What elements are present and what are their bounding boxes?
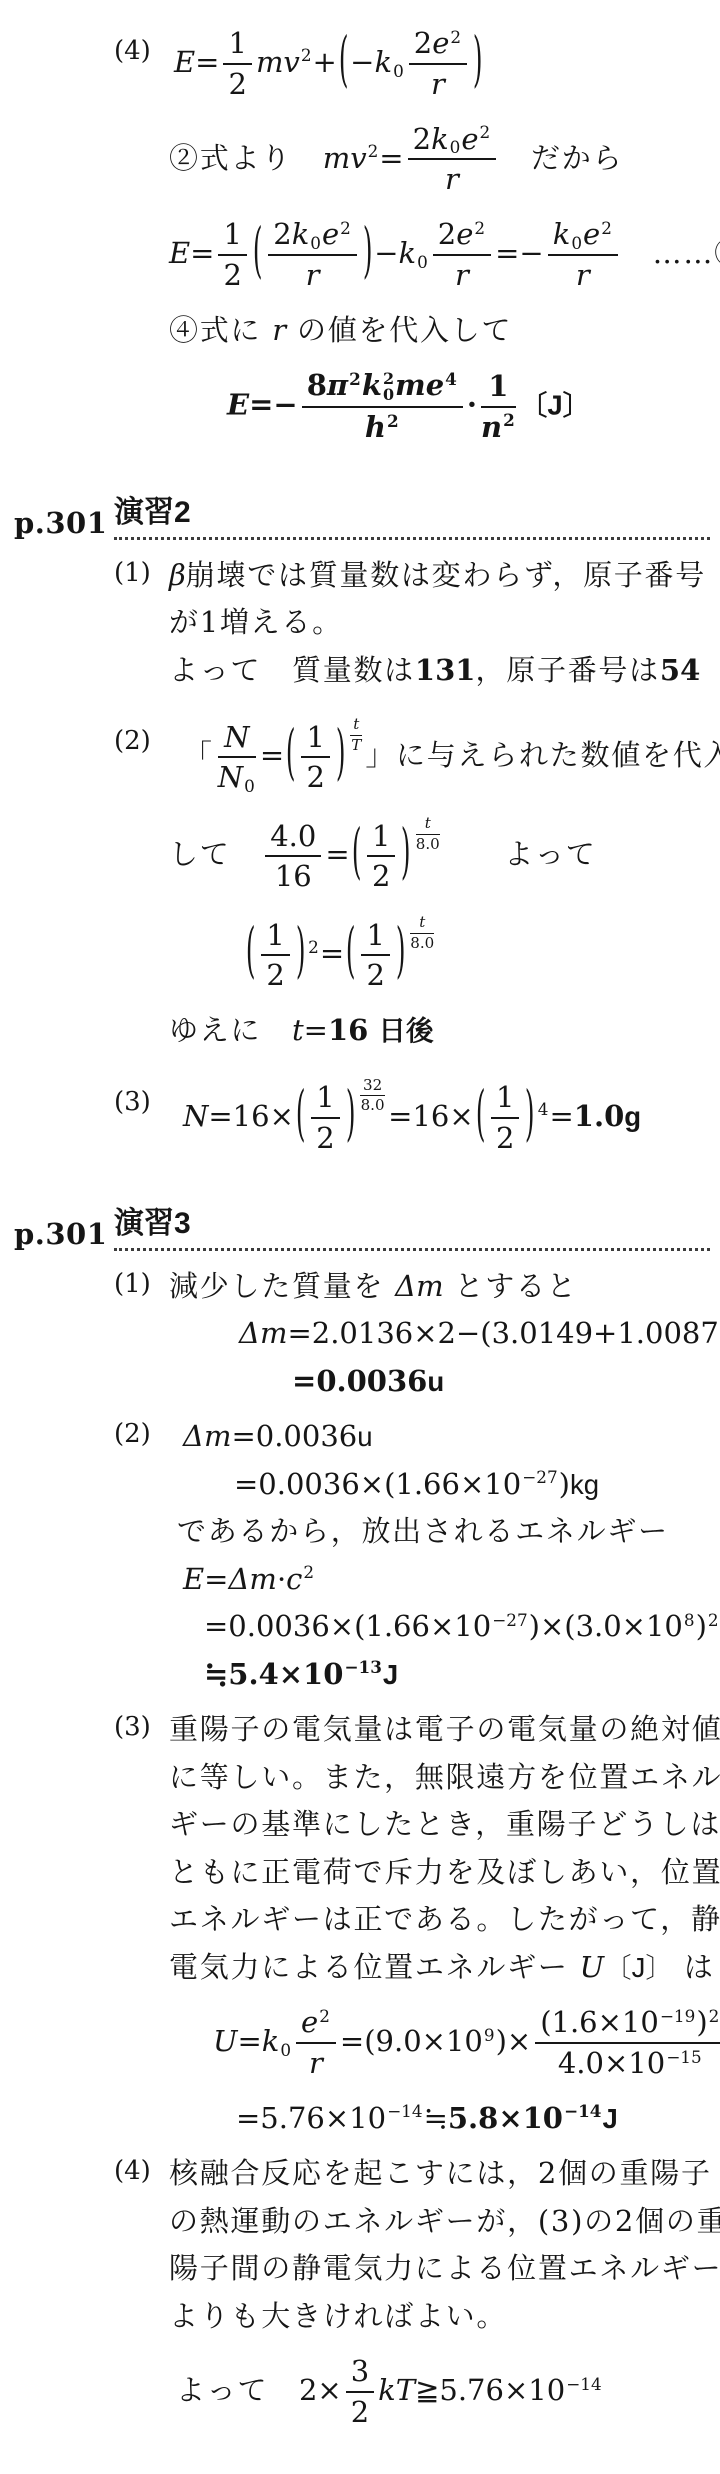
numerator: 1 — [301, 720, 329, 759]
text-run: 減少した質量を — [169, 1269, 395, 1303]
superscript: −19 — [660, 2006, 695, 2026]
fraction: 12 — [311, 1080, 339, 1156]
denominator: 2 — [311, 1119, 339, 1156]
fraction: NN0 — [218, 720, 256, 796]
math-variable: r — [576, 258, 590, 292]
fraction: 32 — [346, 2354, 374, 2430]
numerator: 3 — [346, 2354, 374, 2393]
numerator: 1 — [367, 819, 395, 858]
big-paren: ) — [363, 207, 373, 296]
numerator: (1.6×10−19)2 — [535, 2005, 720, 2044]
math-variable: E — [227, 388, 249, 422]
denominator: 2 — [367, 857, 395, 894]
text-line: β崩壊では質量数は変わらず，原子番号 — [169, 554, 710, 598]
text-line: が1増える。 — [169, 601, 710, 645]
textbook-solutions-page: (4)E=12mv2+(−k02e2r)②式より mv2=2k0e2r だからE… — [0, 0, 720, 2474]
text-line: E=Δm·c2 — [183, 1558, 710, 1602]
fraction: 2k0e2r — [408, 122, 497, 198]
text-run: の熱運動のエネルギーが，(3)の2個の重 — [169, 2204, 720, 2238]
math-run: 3 — [351, 2354, 369, 2388]
math-run: · — [277, 1562, 286, 1596]
solution-item: (1)減少した質量を Δm とするとΔm=2.0136×2−(3.0149+1.… — [114, 1261, 710, 1408]
math-run: = — [304, 1013, 328, 1047]
text-line: であるから，放出されるエネルギー — [177, 1510, 710, 1554]
math-variable: n — [481, 410, 502, 444]
numerator: 1 — [481, 369, 516, 408]
math-variable: Δm — [239, 1316, 287, 1350]
math-variable: c — [286, 1562, 302, 1596]
exercise-section: p.301演習3(1)減少した質量を Δm とするとΔm=2.0136×2−(3… — [14, 1198, 710, 2446]
math-run: 2 — [372, 859, 390, 893]
superscript: 2 — [368, 139, 379, 164]
math-run: = — [195, 45, 219, 79]
text-run: の値を代入して — [286, 313, 512, 347]
denominator: h2 — [302, 408, 463, 445]
exponent-numerator: t — [416, 815, 440, 834]
math-variable: me — [395, 368, 444, 402]
numerator: N — [218, 720, 256, 759]
exercise-title: 演習3 — [114, 1207, 191, 1240]
math-run: ≧5.76×10 — [415, 2373, 565, 2407]
text-line: ④式に r の値を代入して — [169, 309, 710, 353]
exponent-numerator: 32 — [360, 1077, 385, 1096]
section-body: (4)E=12mv2+(−k02e2r)②式より mv2=2k0e2r だからE… — [114, 10, 710, 461]
subscript: 0 — [450, 137, 461, 157]
math-run: 1 — [223, 217, 241, 251]
math-variable: r — [309, 2046, 323, 2080]
math-run: =0.0036×(1.66×10 — [204, 1609, 491, 1643]
item-number: (4) — [114, 10, 169, 66]
numerator: 1 — [223, 26, 251, 65]
math-run: 1 — [266, 918, 284, 952]
exponent-denominator: T — [350, 736, 362, 754]
math-variable: e — [301, 2005, 318, 2039]
math-run: 2 — [266, 958, 284, 992]
exponent-fraction: t8.0 — [410, 914, 434, 952]
text-line: 核融合反応を起こすには，2個の重陽子 — [169, 2152, 710, 2196]
exponent-numerator: t — [410, 914, 434, 933]
numerator: 1 — [361, 918, 389, 957]
math-variable: r — [306, 258, 320, 292]
math-run: 1 — [496, 1080, 514, 1114]
text-run: 陽子間の静電気力による位置エネルギー — [169, 2251, 720, 2285]
stack-subscript: 0 — [383, 387, 394, 404]
text-line: =5.76×10−14≒5.8×10−14J — [236, 2097, 710, 2141]
solution-item: (3)重陽子の電気量は電子の電気量の絶対値に等しい。また，無限遠方を位置エネルギ… — [114, 1704, 710, 2144]
text-run: ギーの基準にしたとき，重陽子どうしは — [169, 1807, 720, 1841]
math-run: 2 — [223, 258, 241, 292]
bold-value: 54 — [660, 653, 700, 687]
fraction: 2k0e2r — [268, 217, 357, 293]
math-run: = — [379, 140, 403, 174]
math-variable: k — [362, 368, 382, 402]
math-run: = — [292, 1364, 316, 1398]
fraction: (1.6×10−19)24.0×10−15 — [535, 2005, 720, 2081]
math-run: =− — [495, 236, 544, 270]
denominator: 2 — [223, 65, 251, 102]
math-run: = — [260, 738, 284, 772]
numerator: 4.0 — [265, 819, 321, 858]
continued-section: (4)E=12mv2+(−k02e2r)②式より mv2=2k0e2r だからE… — [14, 10, 710, 461]
math-run: =16× — [388, 1099, 474, 1133]
math-run: 1 — [306, 720, 324, 754]
subscript: 0 — [393, 59, 404, 84]
numerator: 2e2 — [433, 217, 491, 256]
big-paren: ( — [352, 808, 362, 897]
formula-line: E=−8π2k20me4h2·1n2〔J〕 — [227, 364, 710, 449]
math-variable: U — [213, 2024, 237, 2058]
math-run: 2 — [228, 67, 246, 101]
fraction: 12 — [261, 918, 289, 994]
math-run: − — [374, 236, 398, 270]
math-run: ) — [559, 1467, 570, 1501]
solution-item: (3)N=16×(12)328.0=16×(12)4=1.0g — [114, 1061, 710, 1172]
text-run: ともに正電荷で斥力を及ぼしあい，位置 — [169, 1855, 720, 1889]
math-run: =2.0136×2−(3.0149+1.0087) — [287, 1316, 720, 1350]
math-run: 16 — [275, 859, 312, 893]
denominator: 16 — [265, 857, 321, 894]
superscript: 4 — [445, 369, 457, 389]
numerator: 1 — [311, 1080, 339, 1119]
math-run: · — [467, 388, 477, 422]
math-run: = — [190, 236, 214, 270]
item-number: (3) — [114, 1704, 169, 1742]
exponent-fraction: 328.0 — [360, 1077, 385, 1115]
superscript: 2 — [708, 1608, 719, 1633]
math-run: (1.6×10 — [540, 2005, 659, 2039]
item-body: N=16×(12)328.0=16×(12)4=1.0g — [169, 1061, 710, 1172]
math-variable: Δm — [228, 1562, 276, 1596]
math-run: 2 — [414, 26, 432, 60]
fraction: 12 — [223, 26, 251, 102]
math-variable: t — [292, 1013, 304, 1047]
superscript: 2 — [474, 218, 485, 238]
big-paren: ) — [346, 1070, 356, 1159]
math-variable: e — [456, 217, 473, 251]
math-variable: Δm — [183, 1419, 231, 1453]
formula-line: 「NN0=(12)tT」に与えられた数値を代入 — [183, 712, 710, 799]
superscript: 4 — [538, 1097, 549, 1122]
unit-label: u — [427, 1366, 444, 1397]
math-variable: mv — [256, 45, 300, 79]
math-variable: mv — [323, 140, 367, 174]
fraction: 2e2r — [433, 217, 491, 293]
math-variable: r — [445, 162, 459, 196]
formula-line: E=12(2k0e2r)−k02e2r=−k0e2r ……④ — [169, 213, 710, 297]
math-variable: r — [431, 67, 445, 101]
item-number: (1) — [114, 1261, 169, 1299]
text-run: であるから，放出されるエネルギー — [177, 1514, 669, 1548]
solution-item: (4)E=12mv2+(−k02e2r)②式より mv2=2k0e2r だからE… — [114, 10, 710, 461]
math-run: ≒ — [424, 2101, 448, 2135]
math-run: 2 — [438, 217, 456, 251]
math-variable: k — [374, 45, 392, 79]
math-variable: Δm — [395, 1269, 443, 1303]
item-number: (2) — [114, 1411, 169, 1449]
solution-item: (1)β崩壊では質量数は変わらず，原子番号が1増える。よって 質量数は131，原… — [114, 550, 710, 697]
math-variable: h — [365, 410, 386, 444]
fraction: e2r — [296, 2005, 336, 2081]
numerator: 8π2k20me4 — [302, 368, 463, 408]
superscript: −27 — [522, 1465, 557, 1490]
math-run: )×(3.0×10 — [529, 1609, 683, 1643]
unit-label: 〔J〕 — [604, 1952, 673, 1983]
numerator: 2e2 — [409, 26, 467, 65]
math-run: =5.76×10 — [236, 2101, 386, 2135]
item-body: 「NN0=(12)tT」に与えられた数値を代入して 4.016=(12)t8.0… — [169, 700, 710, 1056]
unit-label: kg — [570, 1469, 599, 1500]
superscript: 2 — [349, 369, 361, 389]
math-run: =(9.0×10 — [340, 2024, 483, 2058]
text-run: ，原子番号は — [475, 653, 659, 687]
denominator: r — [408, 160, 497, 197]
page-ref: p.301 — [14, 1217, 114, 1251]
unit-label: J — [383, 1659, 398, 1690]
math-run: )× — [496, 2024, 532, 2058]
subscript: 0 — [417, 250, 428, 275]
superscript: 2 — [340, 218, 351, 238]
text-run: よって 質量数は — [169, 653, 415, 687]
math-run: =0.0036×(1.66×10 — [234, 1467, 521, 1501]
math-run: 2 — [351, 2395, 369, 2429]
superscript: −14 — [387, 2099, 422, 2124]
page-ref: p.301 — [14, 506, 114, 540]
exercise-title: 演習2 — [114, 496, 191, 529]
denominator: r — [296, 2044, 336, 2081]
bold-value: 5.8×10 — [448, 2101, 563, 2135]
text-run: だから — [500, 140, 623, 174]
math-variable: e — [583, 217, 600, 251]
superscript: 2 — [480, 122, 491, 142]
denominator: r — [268, 256, 357, 293]
math-run: − — [350, 45, 374, 79]
item-body: 核融合反応を起こすには，2個の重陽子の熱運動のエネルギーが，(3)の2個の重陽子… — [169, 2148, 710, 2446]
text-run: して — [169, 837, 261, 871]
numerator: 2k0e2 — [268, 217, 357, 256]
text-run: が1増える。 — [169, 605, 343, 639]
text-line: よりも大きければよい。 — [169, 2295, 710, 2339]
math-run: ) — [696, 1609, 707, 1643]
math-variable: β — [169, 558, 186, 592]
superscript: −14 — [564, 2099, 601, 2124]
math-variable: r — [272, 313, 286, 347]
math-variable: π — [327, 368, 348, 402]
math-variable: E — [169, 236, 190, 270]
text-run: よって — [443, 837, 597, 871]
subscript: 0 — [280, 2038, 291, 2063]
math-variable: N — [183, 1099, 208, 1133]
text-run: とすると — [444, 1269, 578, 1303]
item-body: 減少した質量を Δm とするとΔm=2.0136×2−(3.0149+1.008… — [169, 1261, 710, 1408]
item-body: E=12mv2+(−k02e2r)②式より mv2=2k0e2r だからE=12… — [169, 10, 710, 461]
text-line: エネルギーは正である。したがって，静 — [169, 1898, 710, 1942]
math-variable: U — [580, 1950, 604, 1984]
formula-line: N=16×(12)328.0=16×(12)4=1.0g — [183, 1073, 710, 1160]
bold-value: 0.0036 — [316, 1364, 427, 1398]
formula-line: ②式より mv2=2k0e2r だから — [169, 118, 710, 202]
text-line: Δm=0.0036u — [183, 1415, 710, 1459]
fraction: 8π2k20me4h2 — [302, 368, 463, 445]
item-number: (4) — [114, 2148, 169, 2186]
math-run: 2 — [413, 122, 431, 156]
solution-item: (4)核融合反応を起こすには，2個の重陽子の熱運動のエネルギーが，(3)の2個の… — [114, 2148, 710, 2446]
superscript: 2 — [503, 410, 515, 430]
denominator: r — [409, 65, 467, 102]
math-variable: r — [455, 258, 469, 292]
formula-line: E=12mv2+(−k02e2r) — [174, 22, 710, 106]
subscript: 0 — [244, 776, 255, 796]
superscript: 2 — [301, 43, 312, 68]
math-variable: N — [224, 720, 249, 754]
math-run: + — [313, 45, 337, 79]
text-run: 」に与えられた数値を代入 — [365, 738, 720, 772]
text-run: ④式に — [169, 313, 272, 347]
math-run: 1 — [372, 819, 390, 853]
math-variable: e — [461, 122, 478, 156]
numerator: 1 — [491, 1080, 519, 1119]
unit-label: u — [357, 1421, 372, 1452]
math-run: = — [204, 1562, 228, 1596]
text-run: 重陽子の電気量は電子の電気量の絶対値 — [169, 1712, 720, 1746]
big-paren: ( — [476, 1070, 486, 1159]
bold-value: 1.0 — [574, 1099, 624, 1133]
fraction: 4.016 — [265, 819, 321, 895]
math-run: = — [320, 936, 344, 970]
text-run: よりも大きければよい。 — [169, 2299, 507, 2333]
math-variable: N — [218, 760, 243, 794]
item-number: (2) — [114, 700, 169, 756]
math-variable: k — [262, 2024, 280, 2058]
text-line: の熱運動のエネルギーが，(3)の2個の重 — [169, 2200, 710, 2244]
superscript: 2 — [319, 2006, 330, 2026]
math-run: = — [325, 837, 349, 871]
numerator: 1 — [261, 918, 289, 957]
item-number: (3) — [114, 1061, 169, 1117]
big-paren: ) — [296, 907, 306, 996]
fraction: 12 — [361, 918, 389, 994]
text-run: 電気力による位置エネルギー — [169, 1950, 580, 1984]
math-variable: e — [432, 26, 449, 60]
superscript: −27 — [492, 1608, 527, 1633]
superscript: −13 — [344, 1655, 381, 1680]
denominator: N0 — [218, 758, 256, 795]
solution-item: (2)Δm=0.0036u=0.0036×(1.66×10−27)kgであるから… — [114, 1411, 710, 1700]
text-line: 重陽子の電気量は電子の電気量の絶対値 — [169, 1708, 710, 1752]
superscript: 2 — [308, 935, 319, 960]
exponent-numerator: t — [350, 716, 362, 735]
subscript: 0 — [571, 233, 582, 253]
text-run: ②式より — [169, 140, 323, 174]
denominator: 2 — [361, 956, 389, 993]
text-run: エネルギーは正である。したがって，静 — [169, 1902, 720, 1936]
text-line: に等しい。また，無限遠方を位置エネル — [169, 1756, 710, 1800]
math-variable: e — [322, 217, 339, 251]
math-run: 2 — [496, 1121, 514, 1155]
denominator: r — [433, 256, 491, 293]
formula-line: U=k0e2r=(9.0×109)×(1.6×10−19)24.0×10−15 — [213, 2001, 710, 2085]
exponent-fraction: t8.0 — [416, 815, 440, 853]
text-line: ギーの基準にしたとき，重陽子どうしは — [169, 1803, 710, 1847]
big-paren: ( — [253, 207, 263, 296]
superscript: −14 — [566, 2372, 601, 2397]
exponent-fraction: tT — [350, 716, 362, 754]
math-run: =− — [249, 388, 298, 422]
math-run: 2 — [273, 217, 291, 251]
math-run: 1 — [228, 26, 246, 60]
text-run: 「 — [183, 738, 214, 772]
math-variable: k — [399, 236, 417, 270]
big-paren: ) — [473, 16, 483, 105]
math-variable: k — [292, 217, 310, 251]
fraction: 1n2 — [481, 369, 516, 445]
math-run: 1 — [366, 918, 384, 952]
fraction: 12 — [491, 1080, 519, 1156]
superscript: 2 — [601, 218, 612, 238]
big-paren: ( — [346, 907, 356, 996]
text-run: よって — [176, 2373, 299, 2407]
numerator: 2k0e2 — [408, 122, 497, 161]
unit-label: 〔J〕 — [520, 390, 590, 421]
exponent-denominator: 8.0 — [360, 1096, 385, 1114]
math-run: 2 — [316, 1121, 334, 1155]
math-run: =0.0036 — [231, 1419, 357, 1453]
superscript: −15 — [666, 2047, 701, 2067]
item-body: 重陽子の電気量は電子の電気量の絶対値に等しい。また，無限遠方を位置エネルギーの基… — [169, 1704, 710, 2144]
item-body: β崩壊では質量数は変わらず，原子番号が1増える。よって 質量数は131，原子番号… — [169, 550, 710, 697]
text-line: 電気力による位置エネルギー U〔J〕 は — [169, 1946, 710, 1990]
superscript: 2 — [387, 411, 399, 431]
fraction: 12 — [301, 720, 329, 796]
big-paren: ( — [339, 16, 349, 105]
text-line: よって 質量数は131，原子番号は54 — [169, 649, 710, 693]
math-variable: kT — [378, 2373, 415, 2407]
math-variable: E — [183, 1562, 204, 1596]
exponent-denominator: 8.0 — [410, 934, 434, 952]
math-run: 2× — [299, 2373, 342, 2407]
text-line: =0.0036u — [292, 1360, 710, 1404]
fraction: 2e2r — [409, 26, 467, 102]
bold-value: 131 — [415, 653, 476, 687]
text-run: に等しい。また，無限遠方を位置エネル — [169, 1760, 720, 1794]
section-body: (1)β崩壊では質量数は変わらず，原子番号が1増える。よって 質量数は131，原… — [114, 550, 710, 1172]
math-variable: k — [431, 122, 449, 156]
numerator: e2 — [296, 2005, 336, 2044]
big-paren: ( — [286, 709, 296, 798]
exercise-title-rule: 演習3 — [114, 1198, 710, 1251]
superscript: 8 — [684, 1608, 695, 1633]
denominator: 2 — [218, 256, 246, 293]
text-line: ゆえに t=16 日後 — [169, 1009, 710, 1053]
text-run: ……④ — [622, 236, 720, 270]
text-line: 減少した質量を Δm とすると — [169, 1265, 710, 1309]
text-run: 核融合反応を起こすには，2個の重陽子 — [169, 2156, 712, 2190]
big-paren: ( — [246, 907, 256, 996]
big-paren: ) — [401, 808, 411, 897]
subscript: 0 — [310, 233, 321, 253]
text-line: =0.0036×(1.66×10−27)kg — [234, 1463, 710, 1507]
math-run: ≒5.4×10 — [204, 1657, 343, 1691]
item-body: Δm=0.0036u=0.0036×(1.66×10−27)kgであるから，放出… — [169, 1411, 710, 1700]
denominator: 2 — [346, 2393, 374, 2430]
section-body: (1)減少した質量を Δm とするとΔm=2.0136×2−(3.0149+1.… — [114, 1261, 710, 2446]
exercise-header: p.301演習2 — [14, 487, 710, 540]
denominator: 4.0×10−15 — [535, 2044, 720, 2081]
math-run: ) — [696, 2005, 707, 2039]
denominator: 2 — [261, 956, 289, 993]
fraction: 12 — [367, 819, 395, 895]
math-run: 2 — [306, 760, 324, 794]
bold-value: 16 — [328, 1013, 378, 1047]
